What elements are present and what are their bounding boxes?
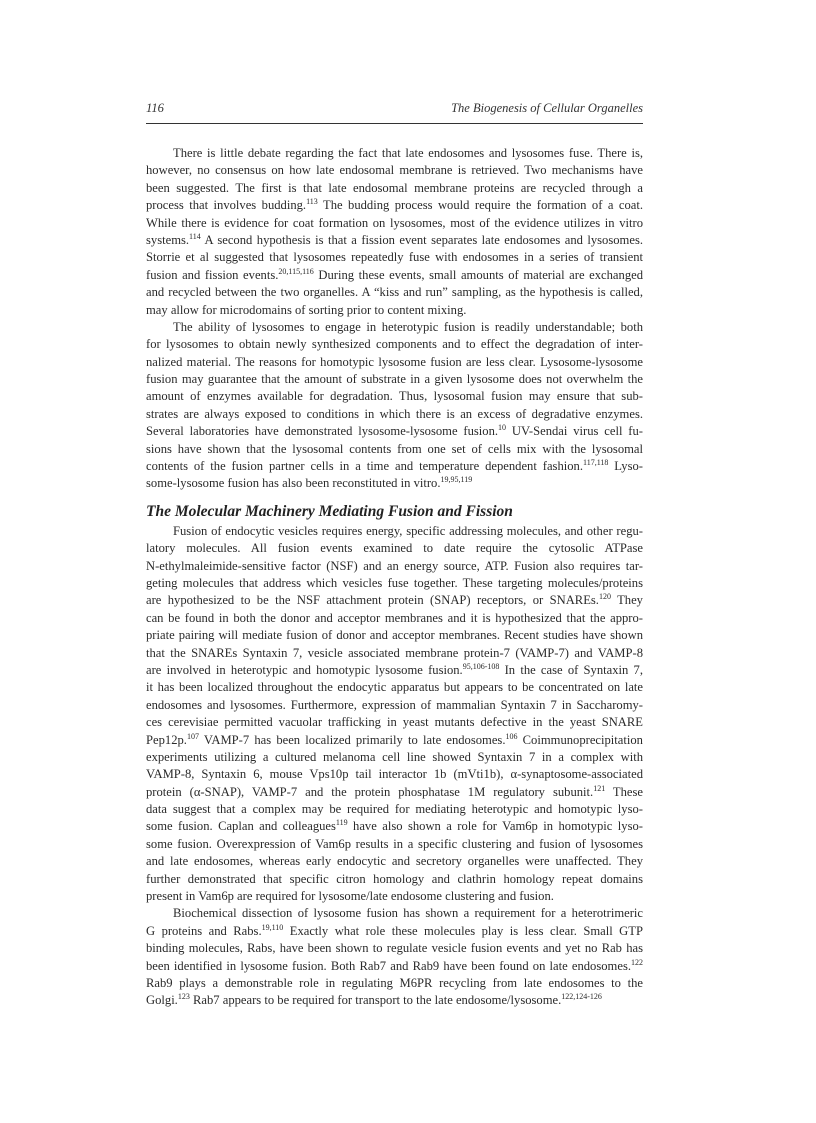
- text-line: some fusion. Caplan and colleagues119 ha…: [146, 818, 643, 835]
- citation-superscript: 10: [498, 423, 506, 432]
- text-line: latory molecules. All fusion events exam…: [146, 540, 643, 557]
- text-line: systems.114 A second hypothesis is that …: [146, 232, 643, 249]
- text-line: may allow for microdomains of sorting pr…: [146, 302, 643, 319]
- citation-superscript: 123: [178, 992, 190, 1001]
- text-line: Fusion of endocytic vesicles requires en…: [146, 523, 643, 540]
- text-line: Rab9 plays a demonstrable role in regula…: [146, 975, 643, 992]
- citation-superscript: 106: [505, 732, 517, 741]
- text-line: present in Vam6p are required for lysoso…: [146, 888, 643, 905]
- text-line: contents of the fusion partner cells in …: [146, 458, 643, 475]
- text-line: some-lysosome fusion has also been recon…: [146, 475, 643, 492]
- text-line: are involved in heterotypic and homotypi…: [146, 662, 643, 679]
- citation-superscript: 122: [631, 958, 643, 967]
- text-line: geting molecules that address which vesi…: [146, 575, 643, 592]
- text-line: nalized material. The reasons for homoty…: [146, 354, 643, 371]
- text-line: strates are always exposed to conditions…: [146, 406, 643, 423]
- citation-superscript: 20,115,116: [278, 267, 313, 276]
- text-line: further demonstrated that specific citro…: [146, 871, 643, 888]
- citation-superscript: 113: [306, 197, 318, 206]
- text-line: Golgi.123 Rab7 appears to be required fo…: [146, 992, 643, 1009]
- citation-superscript: 95,106-108: [463, 662, 500, 671]
- page-number: 116: [146, 101, 164, 116]
- citation-superscript: 19,110: [262, 923, 284, 932]
- text-line: Several laboratories have demonstrated l…: [146, 423, 643, 440]
- text-line: The ability of lysosomes to engage in he…: [146, 319, 643, 336]
- citation-superscript: 117,118: [583, 458, 608, 467]
- text-line: that the SNAREs Syntaxin 7, vesicle asso…: [146, 645, 643, 662]
- text-line: sions have shown that the lysosomal cont…: [146, 441, 643, 458]
- text-line: G proteins and Rabs.19,110 Exactly what …: [146, 923, 643, 940]
- paragraph-1: There is little debate regarding the fac…: [146, 145, 643, 319]
- paragraph-2: The ability of lysosomes to engage in he…: [146, 319, 643, 493]
- text-line: endosomes and lysosomes. Furthermore, ex…: [146, 697, 643, 714]
- text-line: and late endosomes, whereas early endocy…: [146, 853, 643, 870]
- text-line: process that involves budding.113 The bu…: [146, 197, 643, 214]
- text-line: can be found in both the donor and accep…: [146, 610, 643, 627]
- text-line: however, no consensus on how late endoso…: [146, 162, 643, 179]
- text-line: VAMP-8, Syntaxin 6, mouse Vps10p tail in…: [146, 766, 643, 783]
- text-line: There is little debate regarding the fac…: [146, 145, 643, 162]
- text-line: binding molecules, Rabs, have been shown…: [146, 940, 643, 957]
- text-line: been suggested. The first is that late e…: [146, 180, 643, 197]
- text-line: data suggest that a complex may be requi…: [146, 801, 643, 818]
- text-line: and recycled between the two organelles.…: [146, 284, 643, 301]
- section-paragraph-2: Biochemical dissection of lysosome fusio…: [146, 905, 643, 1009]
- text-line: for lysosomes to obtain newly synthesize…: [146, 336, 643, 353]
- citation-superscript: 119: [336, 818, 348, 827]
- text-line: are hypothesized to be the NSF attachmen…: [146, 592, 643, 609]
- running-header: 116 The Biogenesis of Cellular Organelle…: [146, 101, 643, 117]
- text-line: ces cerevisiae permitted vacuolar traffi…: [146, 714, 643, 731]
- citation-superscript: 122,124-126: [561, 992, 602, 1001]
- text-line: Biochemical dissection of lysosome fusio…: [146, 905, 643, 922]
- text-line: experiments utilizing a cultured melanom…: [146, 749, 643, 766]
- text-line: some fusion. Overexpression of Vam6p res…: [146, 836, 643, 853]
- text-line: priate pairing will mediate fusion of do…: [146, 627, 643, 644]
- text-line: Storrie et al suggested that lysosomes r…: [146, 249, 643, 266]
- citation-superscript: 121: [593, 784, 605, 793]
- citation-superscript: 107: [187, 732, 199, 741]
- citation-superscript: 114: [189, 232, 201, 241]
- text-line: While there is evidence for coat formati…: [146, 215, 643, 232]
- running-title: The Biogenesis of Cellular Organelles: [451, 101, 643, 116]
- text-line: it has been localized throughout the end…: [146, 679, 643, 696]
- text-line: protein (α-SNAP), VAMP-7 and the protein…: [146, 784, 643, 801]
- text-line: fusion and fission events.20,115,116 Dur…: [146, 267, 643, 284]
- text-line: amount of enzymes available for degradat…: [146, 388, 643, 405]
- section-paragraph-1: Fusion of endocytic vesicles requires en…: [146, 523, 643, 906]
- header-rule: [146, 123, 643, 124]
- text-line: fusion may guarantee that the amount of …: [146, 371, 643, 388]
- section-heading: The Molecular Machinery Mediating Fusion…: [146, 501, 643, 523]
- citation-superscript: 120: [599, 592, 611, 601]
- text-line: Pep12p.107 VAMP-7 has been localized pri…: [146, 732, 643, 749]
- text-line: N-ethylmaleimide-sensitive factor (NSF) …: [146, 558, 643, 575]
- body-text: There is little debate regarding the fac…: [146, 145, 643, 1010]
- text-line: been identified in lysosome fusion. Both…: [146, 958, 643, 975]
- citation-superscript: 19,95,119: [441, 475, 473, 484]
